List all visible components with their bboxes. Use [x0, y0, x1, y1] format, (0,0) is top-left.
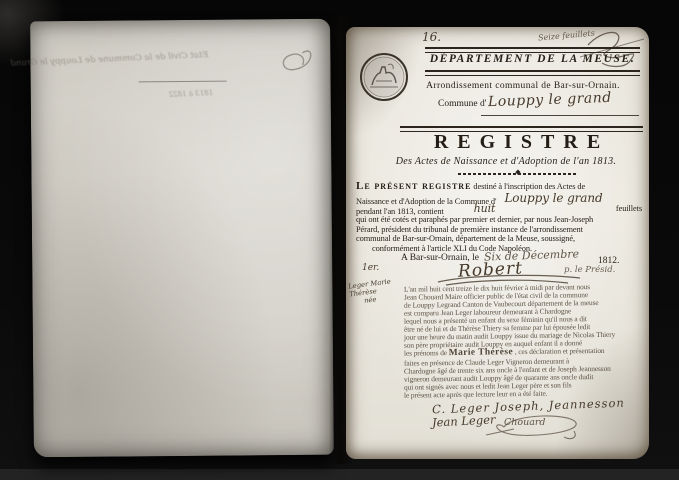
bleedthrough-years: 1813 à 1822 [169, 89, 214, 99]
register-subtitle: Des Actes de Naissance et d'Adoption de … [376, 156, 636, 167]
act-line9-before: les prénoms de [404, 348, 449, 358]
official-seal-icon [358, 51, 410, 103]
preamble-lead: Le présent registre [356, 180, 471, 192]
preamble-count-handwritten: huit [474, 202, 496, 215]
preamble-line-1-rest: destiné à l'inscription des Actes de [471, 182, 585, 191]
margin-name-note: Leger Marie Thérèse née [348, 276, 408, 307]
bleedthrough-title: Etat Civil de la Commune de Louppy le Gr… [58, 50, 208, 67]
commune-handwritten: Louppy le grand [488, 90, 612, 110]
bleedthrough-rule [139, 81, 227, 83]
register-scan: Etat Civil de la Commune de Louppy le Gr… [0, 0, 679, 480]
ornament-rule [458, 173, 578, 175]
pencil-flourish [252, 43, 316, 96]
preamble-line-6: communal de Bar-sur-Ornain, département … [356, 234, 575, 243]
preamble-line-4: qui ont été cotés et paraphés par premie… [356, 215, 593, 224]
mayor-signature-flourish-icon [484, 411, 594, 443]
register-title: REGISTRE [400, 131, 643, 154]
folio-number: 16. [422, 30, 441, 44]
preamble-line-5: Pérard, président du tribunal de premièr… [356, 225, 583, 234]
left-page: Etat Civil de la Commune de Louppy le Gr… [30, 19, 334, 458]
background-bottom-strip [0, 469, 679, 480]
department-header: DÉPARTEMENT DE LA MEUSE. [425, 53, 640, 65]
commune-label: Commune d' [438, 99, 486, 109]
right-page: 16. Seize feuillets DÉPARTEMENT DE LA ME… [346, 27, 649, 459]
preamble-feuillets: feuillets [616, 204, 642, 213]
margin-name-line2: née [350, 295, 377, 306]
act-line9-after: , ces déclaration et présentation [513, 346, 605, 356]
preamble-commune-handwritten: Louppy le grand [504, 191, 602, 205]
rule-below-department [425, 70, 640, 76]
margin-act-number: 1er. [362, 263, 379, 273]
commune-underline [481, 115, 639, 116]
